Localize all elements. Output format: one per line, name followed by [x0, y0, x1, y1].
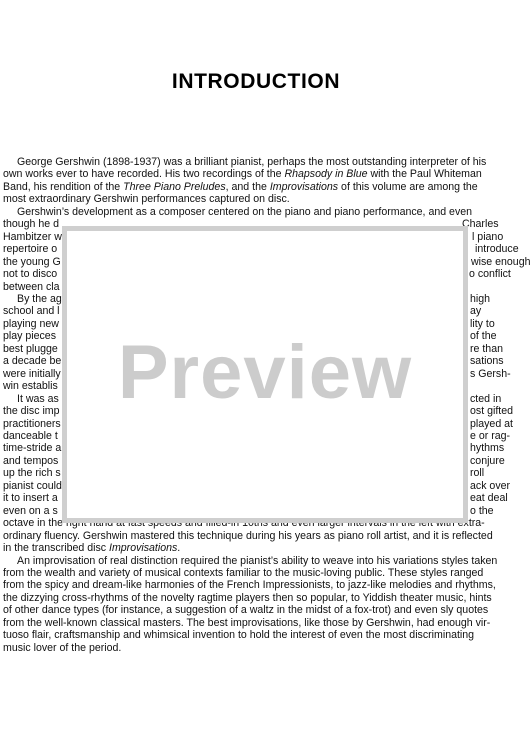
work-title: Improvisations [270, 181, 338, 193]
preview-watermark-box: Preview [62, 226, 468, 523]
work-title: Three Piano Preludes [123, 181, 225, 193]
text-line: own works ever to have recorded. His two… [3, 168, 525, 180]
paragraph-1: George Gershwin (1898-1937) was a brilli… [3, 156, 525, 206]
text-line: from the well-known classical masters. T… [3, 617, 525, 629]
text-line: Band, his rendition of the Three Piano P… [3, 181, 525, 193]
text-line: most extraordinary Gershwin performances… [3, 193, 525, 205]
text-line: of other dance types (for instance, a su… [3, 604, 525, 616]
paragraph-5: An improvisation of real distinction req… [3, 555, 525, 655]
text-line: George Gershwin (1898-1937) was a brilli… [3, 156, 525, 168]
preview-watermark-label: Preview [118, 329, 412, 416]
text-line: from the spicy and dream-like harmonies … [3, 579, 525, 591]
text-line: tuoso flair, craftsmanship and whimsical… [3, 629, 525, 641]
text-line: the dizzying cross-rhythms of the novelt… [3, 592, 525, 604]
text-line: from the wealth and variety of musical c… [3, 567, 525, 579]
work-title: Rhapsody in Blue [284, 168, 367, 180]
text-line: music lover of the period. [3, 642, 525, 654]
text-line: ordinary fluency. Gershwin mastered this… [3, 530, 525, 542]
text-line: in the transcribed disc Improvisations. [3, 542, 525, 554]
text-line: An improvisation of real distinction req… [3, 555, 525, 567]
text-line: Gershwin’s development as a composer cen… [3, 206, 525, 218]
work-title: Improvisations [109, 542, 177, 554]
page-title: INTRODUCTION [0, 70, 512, 94]
